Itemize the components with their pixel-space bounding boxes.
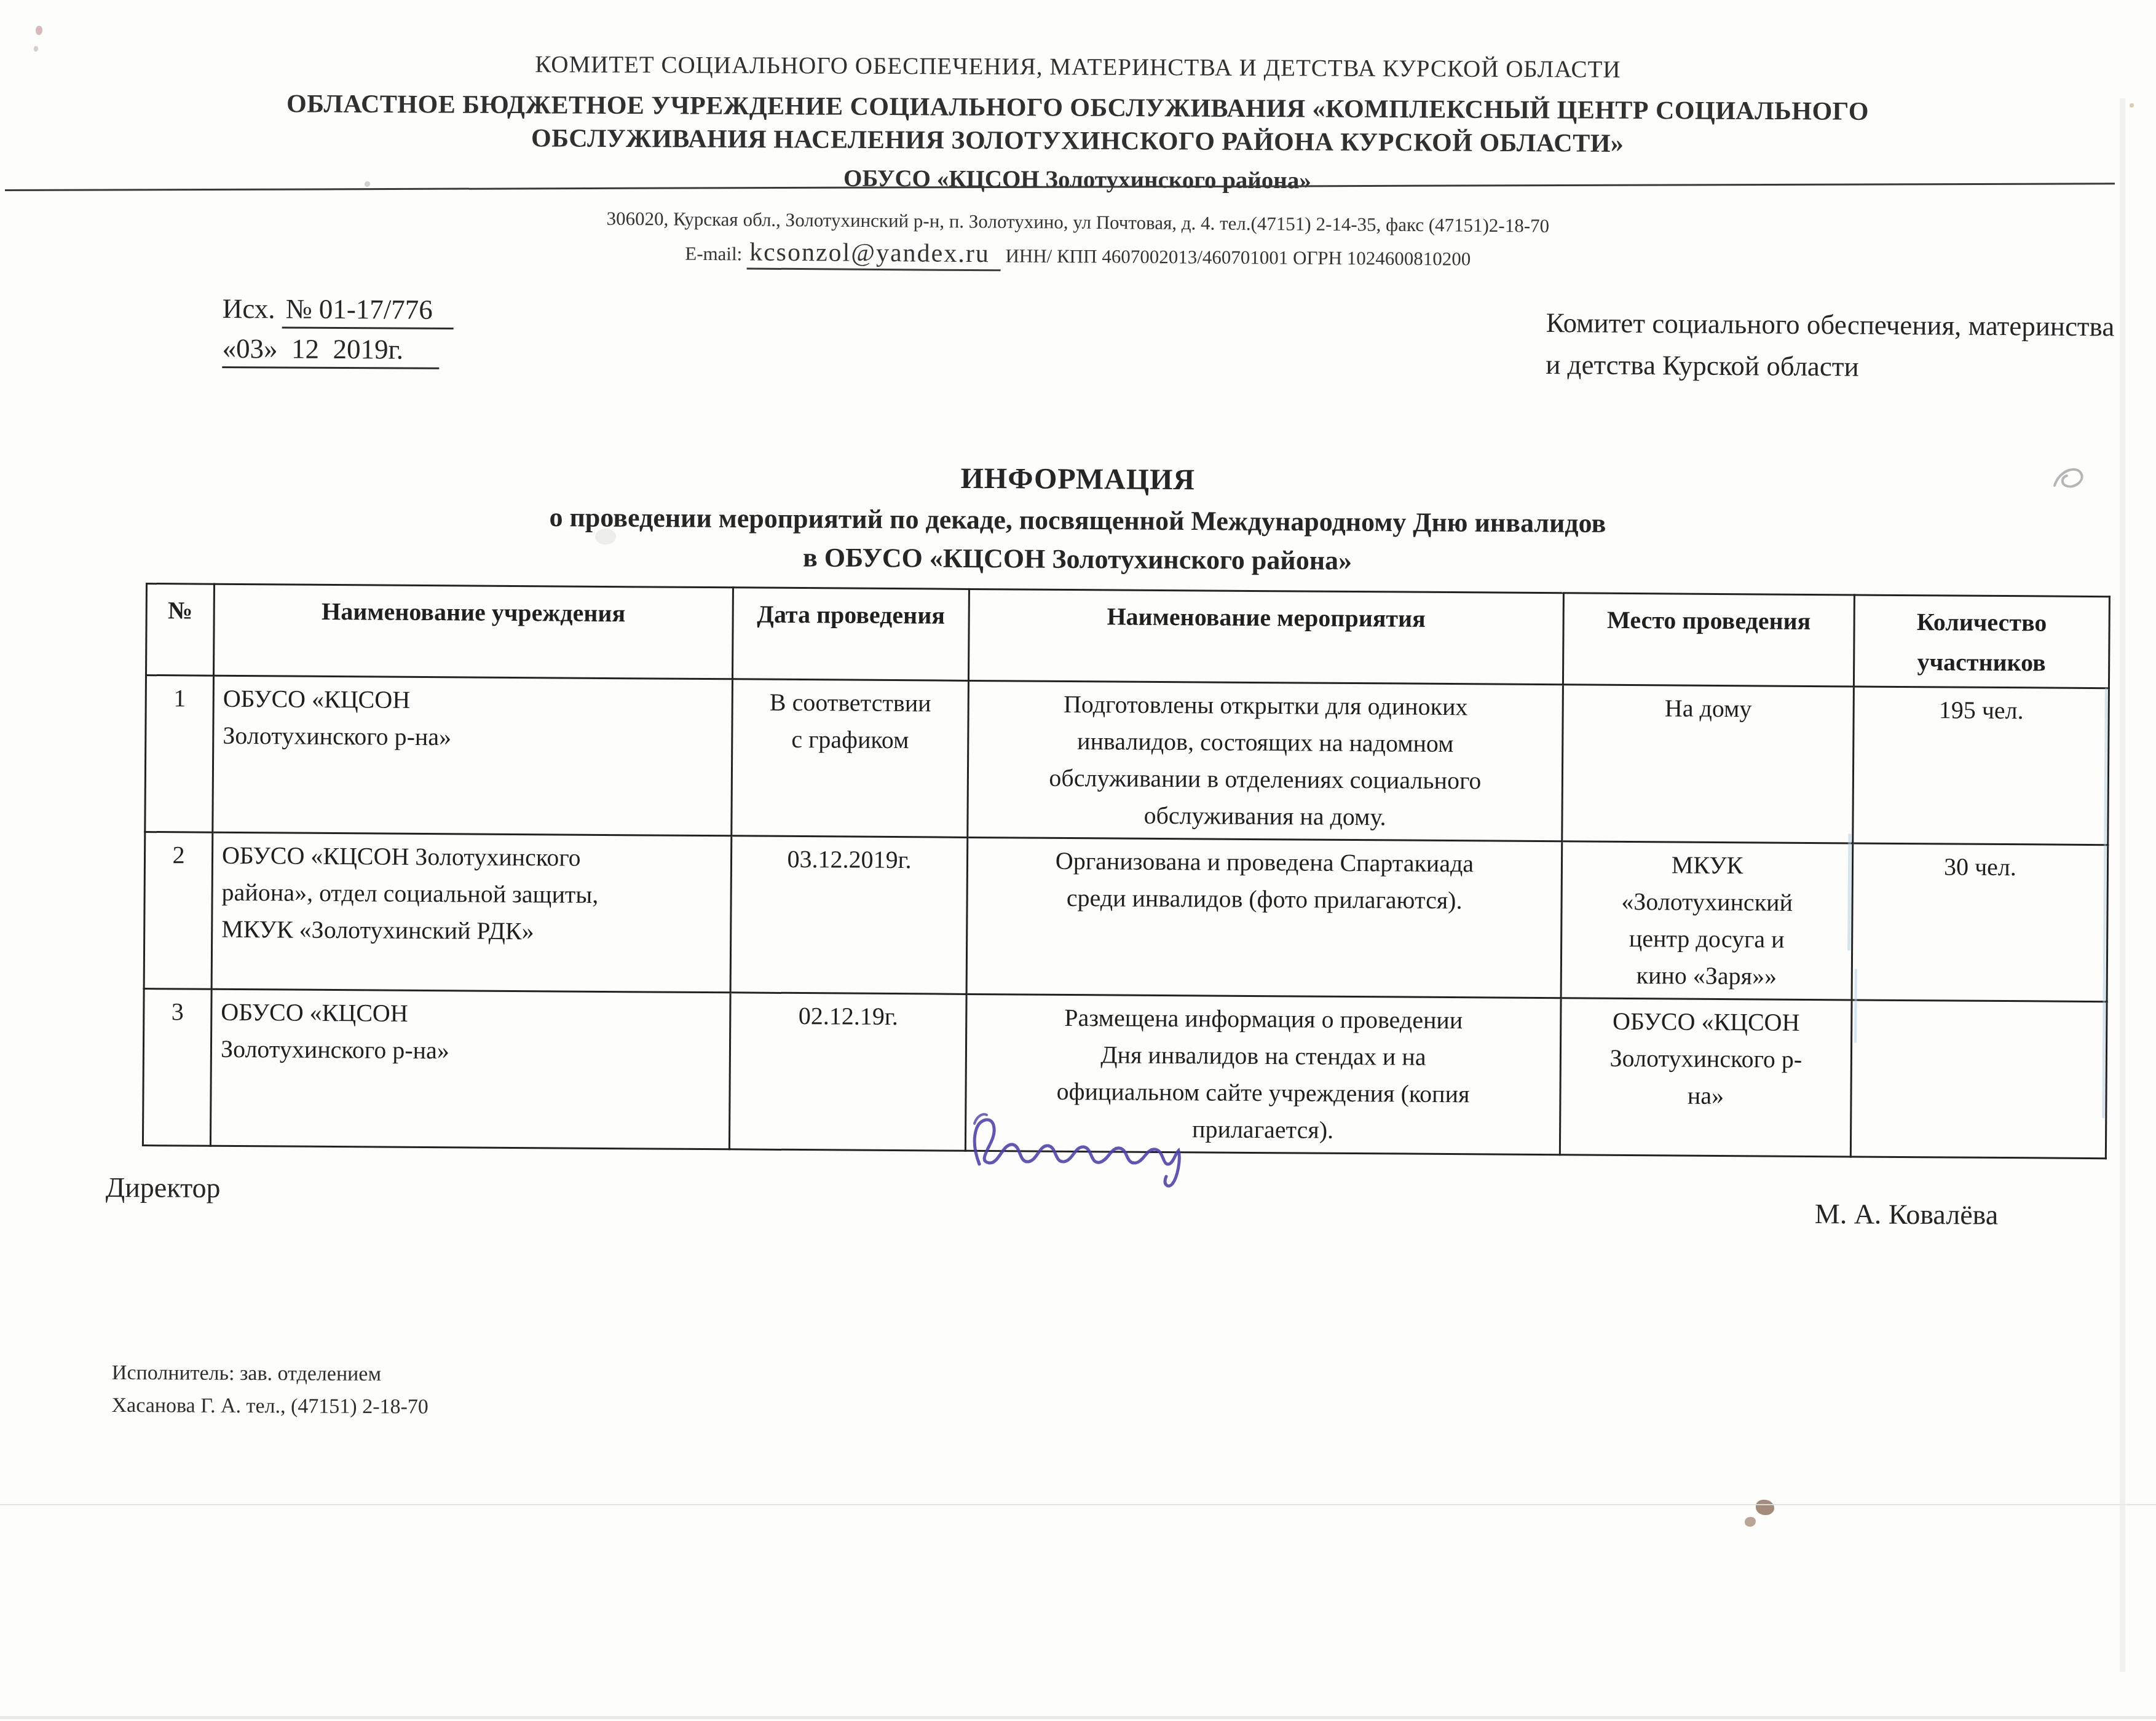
events-table-wrap: № Наименование учреждения Дата проведени…: [142, 583, 2113, 1159]
scan-edge-band: [2120, 98, 2125, 1672]
letterhead: КОМИТЕТ СОЦИАЛЬНОГО ОБЕСПЕЧЕНИЯ, МАТЕРИН…: [0, 48, 2156, 199]
scan-bottom-noise: [0, 1716, 2156, 1719]
title-word: ИНФОРМАЦИЯ: [0, 456, 2156, 502]
events-table: № Наименование учреждения Дата проведени…: [142, 583, 2111, 1159]
row2-place: МКУК «Золотухинский центр досуга и кино …: [1561, 841, 1853, 999]
col-header-event: Наименование мероприятия: [968, 589, 1563, 684]
outgoing-block: Исх. № 01-17/776 «03» 12 2019г.: [222, 289, 454, 370]
scan-speck: [1756, 1500, 1774, 1515]
executor-line2: Хасанова Г. А. тел., (47151) 2-18-70: [111, 1390, 428, 1424]
row2-participants: 30 чел.: [1852, 843, 2108, 1002]
document-title: ИНФОРМАЦИЯ о проведении мероприятий по д…: [0, 456, 2156, 581]
outgoing-date-line: «03» 12 2019г.: [222, 329, 453, 370]
scan-curl-artifact: [2051, 462, 2100, 499]
row1-event: Подготовлены открытки для одиноких инвал…: [968, 680, 1563, 841]
row2-date: 03.12.2019г.: [730, 835, 968, 994]
scan-smudge: [595, 529, 616, 545]
col-header-participants: Количество участников: [1854, 595, 2109, 688]
outgoing-date: «03» 12 2019г.: [222, 333, 439, 369]
director-name: М. А. Ковалёва: [1815, 1197, 1999, 1231]
executor-line1: Исполнитель: зав. отделением: [112, 1357, 428, 1391]
row1-num: 1: [145, 675, 214, 832]
scanned-letter-page: КОМИТЕТ СОЦИАЛЬНОГО ОБЕСПЕЧЕНИЯ, МАТЕРИН…: [0, 0, 2156, 1721]
letterhead-org-name: ОБЛАСТНОЕ БЮДЖЕТНОЕ УЧРЕЖДЕНИЕ СОЦИАЛЬНО…: [0, 87, 2156, 163]
director-title: Директор: [106, 1171, 221, 1204]
col-header-place: Место проведения: [1563, 593, 1854, 687]
col-header-num: №: [146, 584, 215, 675]
row2-num: 2: [144, 832, 213, 989]
scan-speck: [1745, 1517, 1756, 1527]
row1-participants: 195 чел.: [1853, 687, 2109, 845]
row3-institution: ОБУСО «КЦСОН Золотухинского р-на»: [210, 989, 730, 1149]
scan-hairline: [0, 1504, 2156, 1505]
table-row: 1 ОБУСО «КЦСОН Золотухинского р-на» В со…: [145, 675, 2109, 845]
scan-ink-streak: [1854, 969, 1857, 1042]
col-header-institution: Наименование учреждения: [214, 584, 733, 679]
table-row: 2 ОБУСО «КЦСОН Золотухинского района», о…: [144, 832, 2108, 1001]
row3-participants: [1850, 1000, 2107, 1159]
row1-institution: ОБУСО «КЦСОН Золотухинского р-на»: [213, 675, 733, 836]
scan-speck: [36, 26, 42, 35]
row3-place: ОБУСО «КЦСОН Золотухинского р- на»: [1560, 998, 1852, 1156]
row2-institution: ОБУСО «КЦСОН Золотухинского района», отд…: [211, 832, 732, 993]
letterhead-committee: КОМИТЕТ СОЦИАЛЬНОГО ОБЕСПЕЧЕНИЯ, МАТЕРИН…: [0, 48, 2156, 86]
row2-event: Организована и проведена Спартакиада сре…: [966, 837, 1562, 998]
reg-numbers: ИНН/ КПП 4607002013/460701001 ОГРН 10246…: [1005, 245, 1471, 269]
table-header-row: № Наименование учреждения Дата проведени…: [146, 584, 2110, 688]
email-address: kcsonzol@yandex.ru: [747, 238, 1001, 271]
row1-place: На дому: [1562, 684, 1854, 843]
handwritten-signature: [962, 1105, 1220, 1197]
outgoing-number-line: Исх. № 01-17/776: [223, 289, 454, 330]
row1-date: В соответствии с графиком: [732, 679, 969, 837]
executor-block: Исполнитель: зав. отделением Хасанова Г.…: [111, 1357, 428, 1424]
addressee: Комитет социального обеспечения, материн…: [1546, 302, 2118, 389]
row3-num: 3: [143, 988, 211, 1146]
email-label: E-mail:: [685, 243, 742, 265]
col-header-date: Дата проведения: [732, 588, 969, 680]
outgoing-prefix: Исх.: [223, 293, 275, 324]
row3-date: 02.12.19г.: [729, 992, 966, 1151]
letterhead-org-short: ОБУСО «КЦСОН Золотухинского района»: [0, 160, 2155, 198]
title-subtitle-line1: о проведении мероприятий по декаде, посв…: [0, 498, 2156, 542]
title-subtitle-line2: в ОБУСО «КЦСОН Золотухинского района»: [0, 537, 2155, 581]
outgoing-number: № 01-17/776: [282, 294, 454, 329]
